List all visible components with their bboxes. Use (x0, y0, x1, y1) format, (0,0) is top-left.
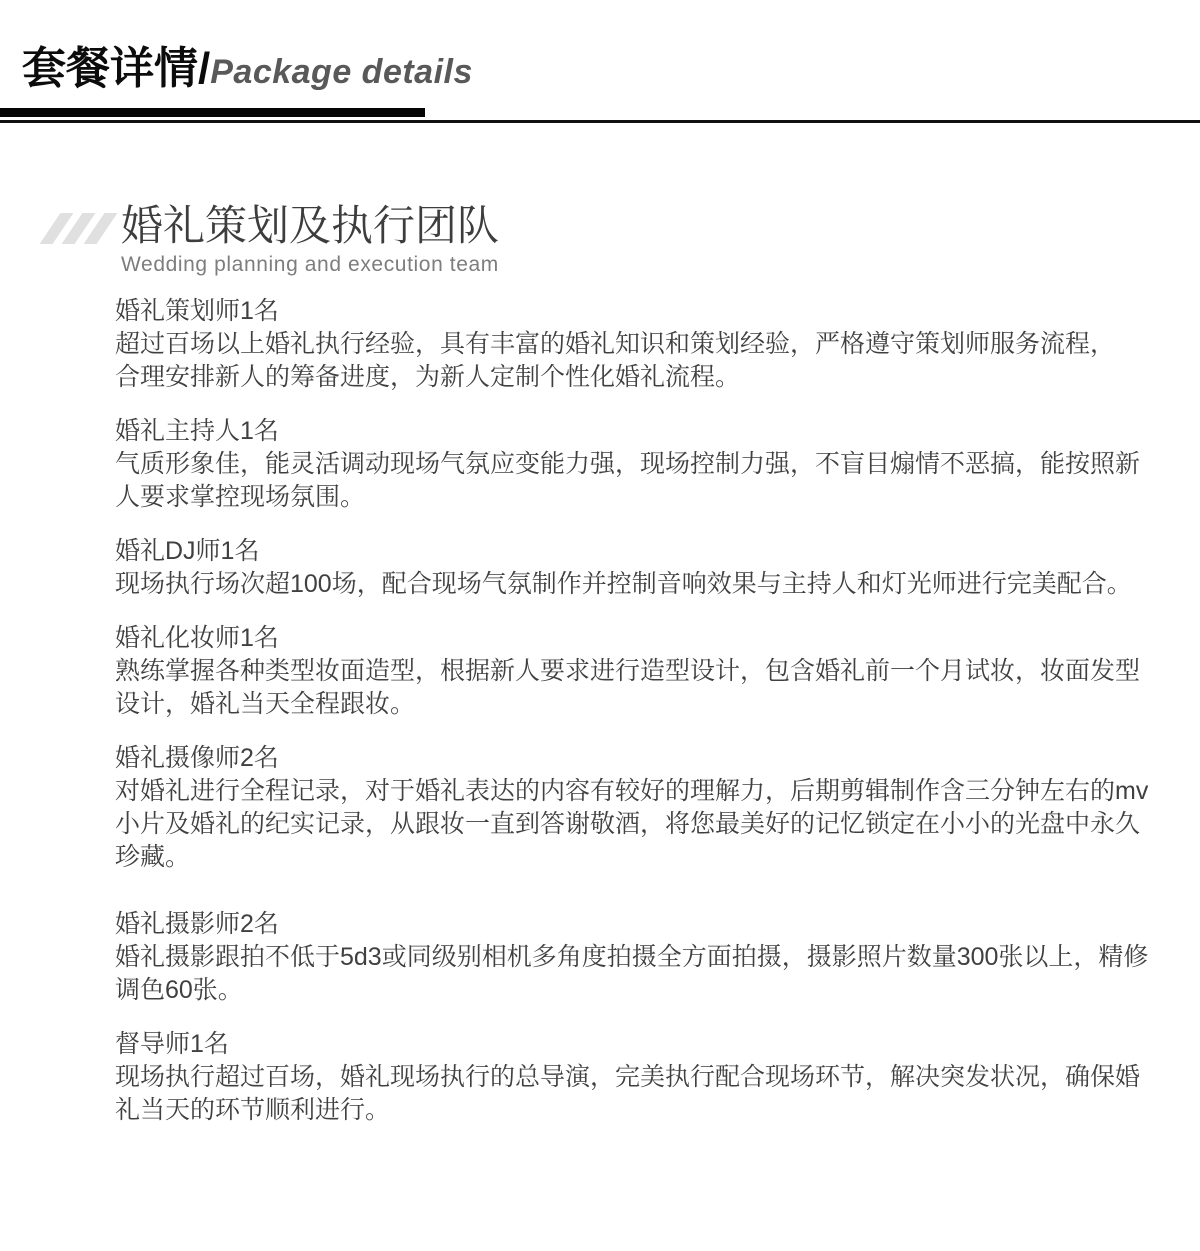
team-line: 熟练掌握各种类型妆面造型，根据新人要求进行造型设计，包含婚礼前一个月试妆，妆面发… (115, 655, 1175, 688)
header-divider-line (0, 120, 1200, 123)
team-line: 气质形象佳，能灵活调动现场气氛应变能力强，现场控制力强，不盲目煽情不恶搞，能按照… (115, 448, 1175, 481)
triple-slash-icon (40, 213, 118, 244)
team-line: 珍藏。 (115, 841, 1175, 874)
team-line: 现场执行场次超100场，配合现场气氛制作并控制音响效果与主持人和灯光师进行完美配… (115, 568, 1175, 601)
team-role: 婚礼化妆师1名 (115, 622, 1175, 655)
team-paragraph: 婚礼策划师1名 超过百场以上婚礼执行经验，具有丰富的婚礼知识和策划经验，严格遵守… (115, 295, 1175, 394)
section-title: 婚礼策划及执行团队 (121, 203, 499, 249)
team-role: 婚礼主持人1名 (115, 415, 1175, 448)
team-list: 婚礼策划师1名 超过百场以上婚礼执行经验，具有丰富的婚礼知识和策划经验，严格遵守… (115, 295, 1175, 1148)
team-role: 婚礼策划师1名 (115, 295, 1175, 328)
page-title: 套餐详情/Package details (22, 40, 473, 101)
team-role: 婚礼DJ师1名 (115, 535, 1175, 568)
page-title-zh: 套餐详情 (22, 44, 198, 93)
team-role: 婚礼摄像师2名 (115, 742, 1175, 775)
team-paragraph: 督导师1名 现场执行超过百场，婚礼现场执行的总导演，完美执行配合现场环节，解决突… (115, 1028, 1175, 1127)
team-paragraph: 婚礼摄像师2名 对婚礼进行全程记录，对于婚礼表达的内容有较好的理解力，后期剪辑制… (115, 742, 1175, 874)
team-role: 婚礼摄影师2名 (115, 908, 1175, 941)
team-paragraph: 婚礼DJ师1名 现场执行场次超100场，配合现场气氛制作并控制音响效果与主持人和… (115, 535, 1175, 601)
team-paragraph: 婚礼主持人1名 气质形象佳，能灵活调动现场气氛应变能力强，现场控制力强，不盲目煽… (115, 415, 1175, 514)
team-paragraph: 婚礼摄影师2名 婚礼摄影跟拍不低于5d3或同级别相机多角度拍摄全方面拍摄，摄影照… (115, 908, 1175, 1007)
team-line: 设计，婚礼当天全程跟妆。 (115, 688, 1175, 721)
team-line: 人要求掌控现场氛围。 (115, 481, 1175, 514)
team-line: 现场执行超过百场，婚礼现场执行的总导演，完美执行配合现场环节，解决突发状况，确保… (115, 1061, 1175, 1094)
section-header: 婚礼策划及执行团队 Wedding planning and execution… (40, 203, 499, 277)
team-line: 超过百场以上婚礼执行经验，具有丰富的婚礼知识和策划经验，严格遵守策划师服务流程， (115, 328, 1175, 361)
header-accent-bar (0, 108, 425, 117)
team-paragraph: 婚礼化妆师1名 熟练掌握各种类型妆面造型，根据新人要求进行造型设计，包含婚礼前一… (115, 622, 1175, 721)
team-line: 礼当天的环节顺利进行。 (115, 1094, 1175, 1127)
team-line: 合理安排新人的筹备进度，为新人定制个性化婚礼流程。 (115, 361, 1175, 394)
section-subtitle: Wedding planning and execution team (121, 253, 499, 277)
section-title-group: 婚礼策划及执行团队 Wedding planning and execution… (121, 203, 499, 277)
title-slash: / (198, 44, 210, 93)
package-details-page: 套餐详情/Package details 婚礼策划及执行团队 Wedding p… (0, 0, 1200, 1251)
team-role: 督导师1名 (115, 1028, 1175, 1061)
team-line: 婚礼摄影跟拍不低于5d3或同级别相机多角度拍摄全方面拍摄，摄影照片数量300张以… (115, 941, 1175, 974)
page-title-en: Package details (210, 53, 473, 91)
team-line: 调色60张。 (115, 974, 1175, 1007)
team-line: 小片及婚礼的纪实记录，从跟妆一直到答谢敬酒，将您最美好的记忆锁定在小小的光盘中永… (115, 808, 1175, 841)
team-line: 对婚礼进行全程记录，对于婚礼表达的内容有较好的理解力，后期剪辑制作含三分钟左右的… (115, 775, 1175, 808)
